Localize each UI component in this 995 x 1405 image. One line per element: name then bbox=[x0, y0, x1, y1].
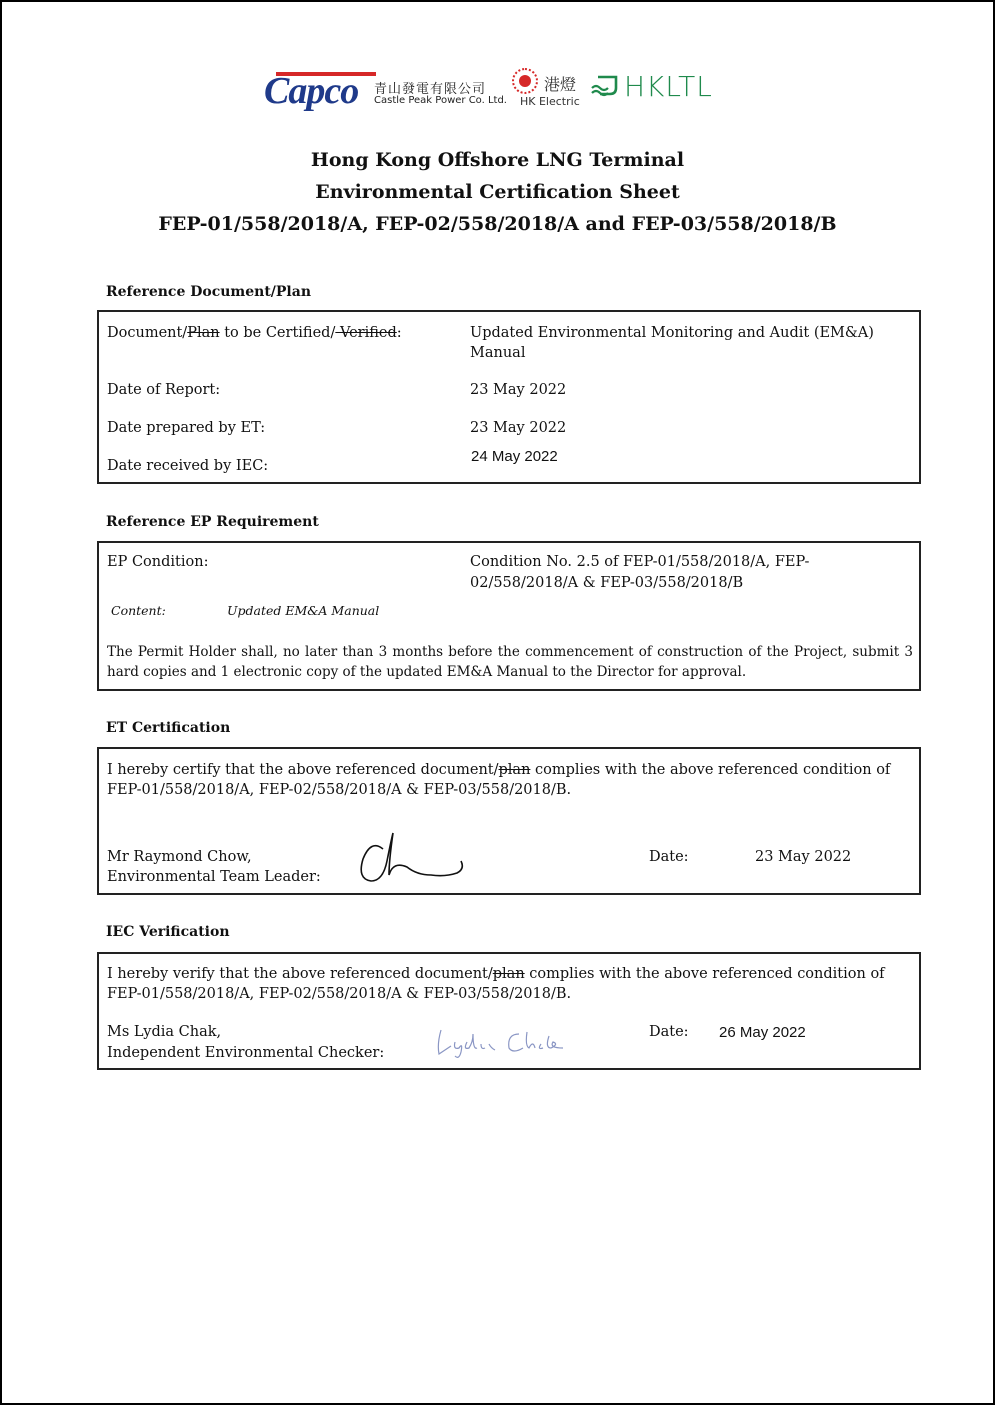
iec-signatory-name: Ms Lydia Chak, bbox=[107, 1022, 221, 1042]
date-prepared-value: 23 May 2022 bbox=[470, 418, 566, 438]
date-received-label: Date received by IEC: bbox=[107, 456, 268, 476]
hk-electric-emblem-icon bbox=[512, 68, 538, 94]
ep-condition-value-line-1: Condition No. 2.5 of FEP-01/558/2018/A, … bbox=[470, 552, 809, 572]
iec-statement-line-2: FEP-01/558/2018/A, FEP-02/558/2018/A & F… bbox=[107, 984, 571, 1004]
content-value: Updated EM&A Manual bbox=[227, 601, 379, 621]
struck-verified: Verified bbox=[335, 325, 396, 341]
date-of-report-label: Date of Report: bbox=[107, 380, 220, 400]
hk-electric-chinese-name: 港燈 bbox=[544, 72, 576, 95]
title-line-2: Environmental Certification Sheet bbox=[2, 181, 993, 203]
reference-document-box: Document/Plan to be Certified/ Verified:… bbox=[97, 310, 921, 484]
iec-verification-heading: IEC Verification bbox=[106, 924, 230, 940]
et-statement-part: complies with the above referenced condi… bbox=[530, 762, 890, 778]
iec-date-label: Date: bbox=[649, 1022, 689, 1042]
et-statement-line-1: I hereby certify that the above referenc… bbox=[107, 760, 890, 780]
iec-date-value: 26 May 2022 bbox=[719, 1023, 806, 1043]
struck-plan: plan bbox=[499, 762, 531, 778]
ep-requirement-box: EP Condition: Condition No. 2.5 of FEP-0… bbox=[97, 541, 921, 691]
document-label-part: to be Certified/ bbox=[220, 325, 336, 341]
hkltl-wave-icon bbox=[590, 74, 620, 98]
hk-electric-english-name: HK Electric bbox=[520, 95, 580, 108]
et-certification-box: I hereby certify that the above referenc… bbox=[97, 747, 921, 895]
date-received-value: 24 May 2022 bbox=[471, 447, 558, 467]
capco-logo: Capco bbox=[264, 72, 358, 110]
certification-sheet-page: Capco 青山發電有限公司 Castle Peak Power Co. Ltd… bbox=[0, 0, 995, 1405]
struck-plan: plan bbox=[493, 966, 525, 982]
et-date-label: Date: bbox=[649, 847, 689, 867]
ep-condition-value-line-2: 02/558/2018/A & FEP-03/558/2018/B bbox=[470, 573, 743, 593]
iec-statement-part: complies with the above referenced condi… bbox=[525, 966, 885, 982]
iec-statement-line-1: I hereby verify that the above reference… bbox=[107, 964, 885, 984]
et-statement-line-2: FEP-01/558/2018/A, FEP-02/558/2018/A & F… bbox=[107, 780, 571, 800]
date-prepared-label: Date prepared by ET: bbox=[107, 418, 265, 438]
requirement-text: The Permit Holder shall, no later than 3… bbox=[107, 642, 913, 682]
iec-verification-box: I hereby verify that the above reference… bbox=[97, 952, 921, 1070]
date-of-report-value: 23 May 2022 bbox=[470, 380, 566, 400]
iec-signature-image bbox=[433, 1020, 573, 1060]
iec-statement-part: I hereby verify that the above reference… bbox=[107, 966, 493, 982]
et-date-value: 23 May 2022 bbox=[755, 847, 851, 867]
document-label-colon: : bbox=[397, 325, 402, 341]
et-statement-part: I hereby certify that the above referenc… bbox=[107, 762, 499, 778]
struck-plan: Plan bbox=[187, 325, 219, 341]
title-line-1: Hong Kong Offshore LNG Terminal bbox=[2, 149, 993, 171]
document-label: Document/Plan to be Certified/ Verified: bbox=[107, 323, 402, 343]
et-certification-heading: ET Certification bbox=[106, 720, 230, 736]
et-signatory-role: Environmental Team Leader: bbox=[107, 867, 321, 887]
ep-requirement-heading: Reference EP Requirement bbox=[106, 514, 319, 530]
document-value-line-1: Updated Environmental Monitoring and Aud… bbox=[470, 323, 874, 343]
et-signature-image bbox=[353, 831, 473, 887]
capco-english-name: Castle Peak Power Co. Ltd. bbox=[374, 95, 507, 106]
title-line-3: FEP-01/558/2018/A, FEP-02/558/2018/A and… bbox=[2, 213, 993, 235]
hkltl-logo: HKLTL bbox=[624, 70, 713, 103]
logo-bar: Capco 青山發電有限公司 Castle Peak Power Co. Ltd… bbox=[264, 68, 724, 114]
ep-condition-label: EP Condition: bbox=[107, 552, 208, 572]
iec-signatory-role: Independent Environmental Checker: bbox=[107, 1043, 384, 1063]
et-signatory-name: Mr Raymond Chow, bbox=[107, 847, 252, 867]
content-label: Content: bbox=[111, 601, 166, 621]
document-label-part: Document/ bbox=[107, 325, 187, 341]
reference-document-heading: Reference Document/Plan bbox=[106, 284, 311, 300]
document-value-line-2: Manual bbox=[470, 343, 525, 363]
